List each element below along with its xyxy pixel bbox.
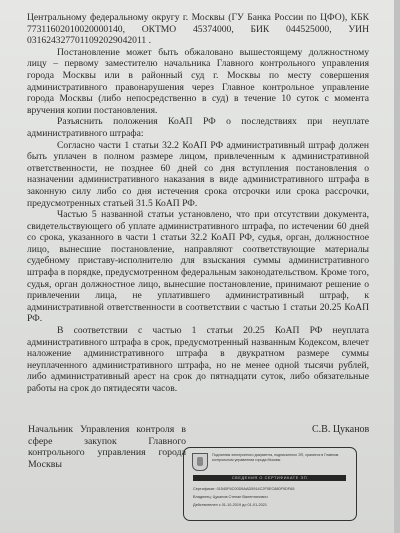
paragraph-part-5: Частью 5 названной статьи установлено, ч… [27,209,369,325]
signatory-position: Начальник Управления контроля в сфере за… [28,424,186,470]
moscow-coat-of-arms-icon [192,453,208,471]
paragraph-article-32-2: Согласно части 1 статьи 32.2 КоАП РФ адм… [27,140,369,210]
stamp-validity: Действителен с 01-10-2019 до 01-01-2021 [193,503,267,508]
stamp-header: Подлинник электронного документа, подпис… [212,453,352,462]
stamp-owner: Владелец: Цуканов Степан Валентинович [193,495,268,500]
paragraph-payment-details: Центральному федеральному округу г. Моск… [27,12,369,47]
stamp-bar-title: СВЕДЕНИЯ О СЕРТИФИКАТЕ ЭП [193,475,346,481]
page-edge [394,0,400,533]
stamp-certificate: Сертификат: 01540F6C00D9AAD5914C2F5EC880… [193,487,295,492]
document-body: Центральному федеральному округу г. Моск… [27,12,369,395]
paragraph-appeal: Постановление может быть обжаловано выше… [27,47,369,117]
signatory-name: С.В. Цуканов [312,424,369,435]
paragraph-explain: Разъяснить положения КоАП РФ о последств… [27,116,369,139]
electronic-signature-stamp: Подлинник электронного документа, подпис… [183,447,357,521]
paragraph-article-20-25: В соответствии с частью 1 статьи 20.25 К… [27,325,369,395]
